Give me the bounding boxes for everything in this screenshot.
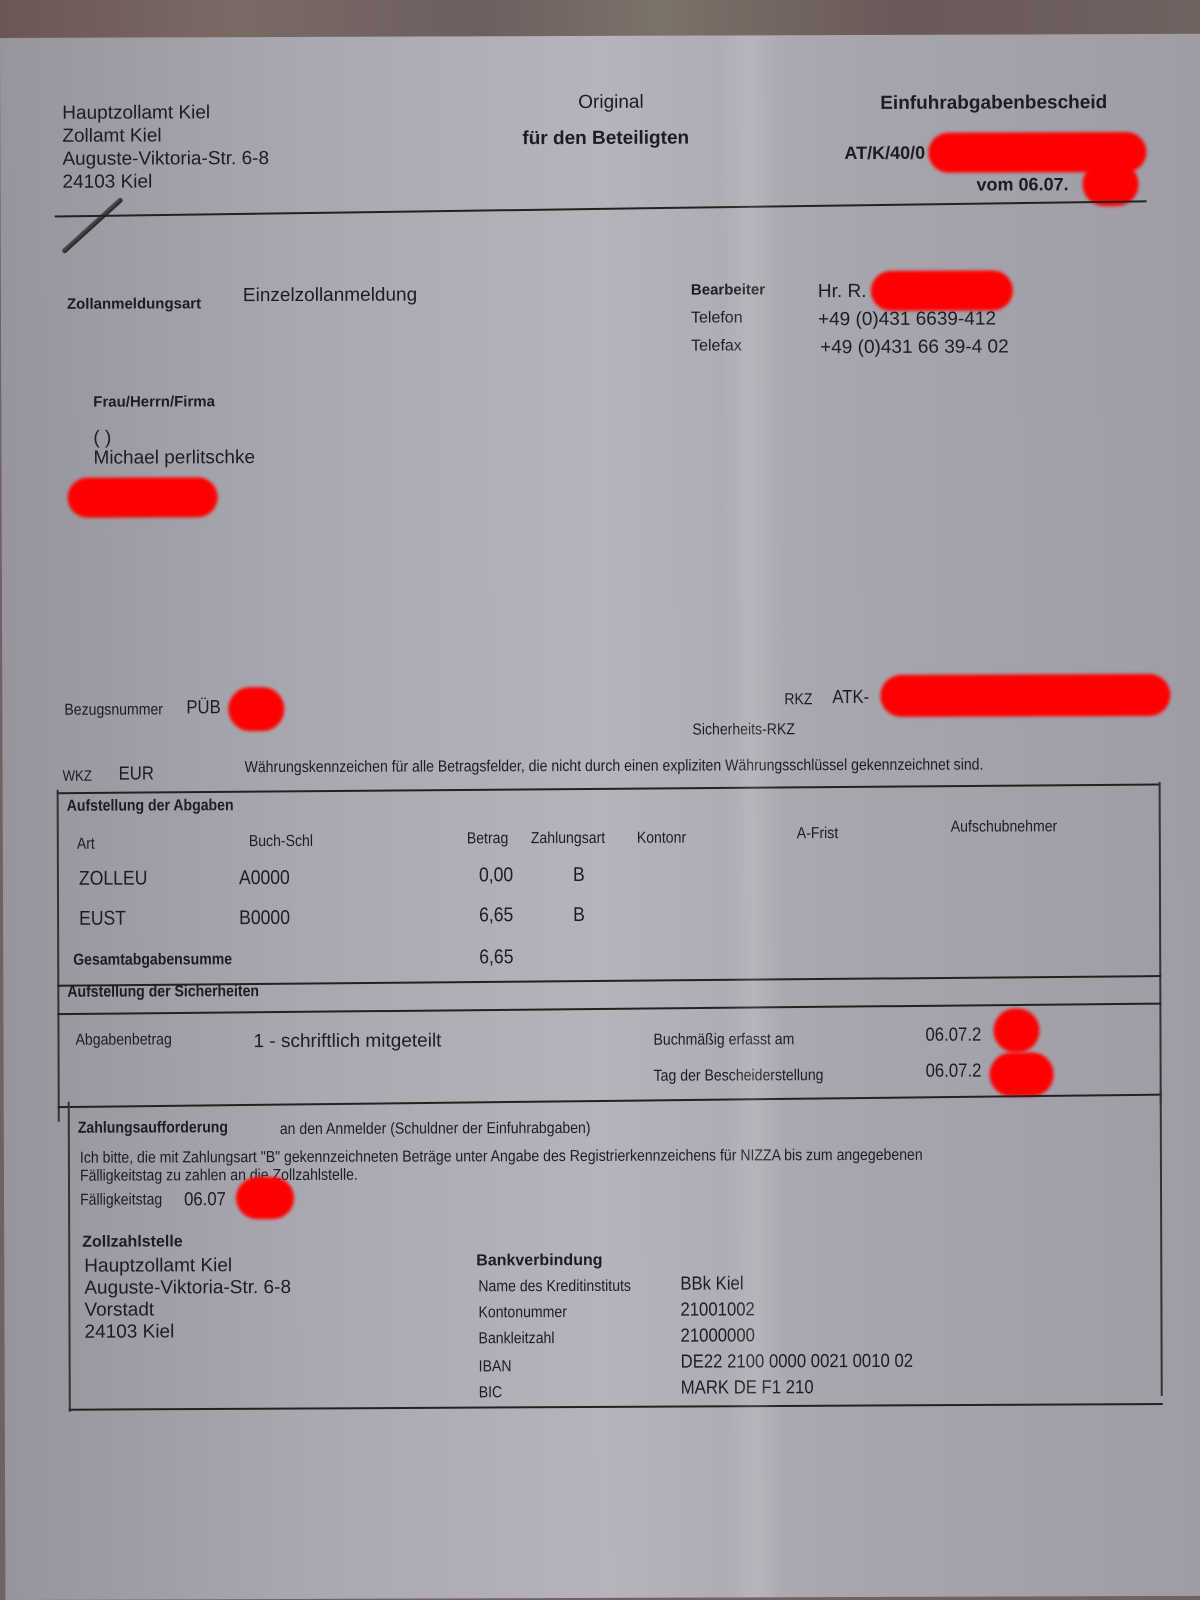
copy-recipient: für den Beteiligten [522, 128, 689, 151]
fax-label: Telefax [691, 337, 742, 355]
frame-right [1159, 782, 1162, 1104]
phone-value: +49 (0)431 6639-412 [818, 309, 996, 332]
payment-title: Zahlungsaufforderung [78, 1119, 228, 1138]
duty-zahlungsart: B [573, 864, 585, 887]
security-amount-value: 1 - schriftlich mitgeteilt [253, 1030, 441, 1053]
due-date-value: 06.07 [184, 1189, 226, 1211]
document-page: Hauptzollamt Kiel Zollamt Kiel Auguste-V… [0, 34, 1200, 1600]
sender-line: 24103 Kiel [62, 170, 269, 194]
redaction [993, 1008, 1039, 1052]
header-divider [55, 200, 1147, 217]
address-line: Hauptzollamt Kiel [84, 1255, 291, 1278]
redaction [68, 477, 218, 518]
payment-text-line1: Ich bitte, die mit Zahlungsart "B" geken… [80, 1147, 923, 1168]
bank-label: BIC [479, 1384, 503, 1402]
declaration-type-label: Zollanmeldungsart [67, 295, 201, 312]
sender-line: Zollamt Kiel [62, 124, 269, 148]
column-header-kontonr: Kontonr [637, 830, 686, 848]
column-header-buch-schl: Buch-Schl [249, 833, 313, 851]
currency-note: Währungskennzeichen für alle Betragsfeld… [245, 757, 984, 778]
booked-value: 06.07.2 [925, 1025, 981, 1047]
payment-text-line2: Fälligkeitstag zu zahlen an die Zollzahl… [80, 1167, 358, 1186]
notice-date-value: 06.07.2 [926, 1061, 982, 1083]
column-header-zahlungsart: Zahlungsart [531, 830, 605, 848]
booked-label: Buchmäßig erfasst am [653, 1031, 794, 1049]
duty-zahlungsart: B [573, 904, 585, 927]
bank-label: Kontonummer [478, 1304, 567, 1322]
sender-line: Auguste-Viktoria-Str. 6-8 [62, 147, 269, 171]
due-date-label: Fälligkeitstag [80, 1191, 162, 1209]
rkz-label: RKZ [784, 691, 812, 709]
currency-value: EUR [119, 763, 154, 785]
copy-label: Original [578, 92, 644, 114]
bank-title: Bankverbindung [476, 1252, 602, 1270]
reference-number-label: Bezugsnummer [64, 701, 163, 719]
rkz-value: ATK- [832, 687, 869, 709]
duty-betrag: 0,00 [479, 864, 513, 887]
duty-art: EUST [79, 908, 126, 931]
frame-left [68, 1102, 71, 1412]
duties-title: Aufstellung der Abgaben [67, 797, 234, 816]
sender-line: Hauptzollamt Kiel [62, 101, 269, 125]
address-line: Vorstadt [84, 1299, 291, 1322]
bank-value: 21001002 [680, 1299, 754, 1321]
redaction [880, 674, 1170, 717]
bank-value: MARK DE F1 210 [681, 1377, 814, 1399]
column-header-art: Art [77, 836, 95, 854]
duty-art: ZOLLEU [79, 867, 148, 890]
handler-value: Hr. R. [818, 281, 867, 303]
frame-left [57, 790, 60, 1122]
declaration-type-value: Einzelzollanmeldung [243, 285, 417, 308]
duty-buch-schl: A0000 [239, 867, 290, 890]
frame-right [1160, 1090, 1163, 1396]
frame-bottom [69, 1403, 1163, 1410]
total-value: 6,65 [479, 946, 513, 969]
duty-buch-schl: B0000 [239, 907, 290, 930]
pay-office-title: Zollzahlstelle [82, 1233, 183, 1251]
section-divider [58, 1094, 1162, 1108]
bank-label: IBAN [479, 1358, 512, 1376]
redaction [228, 687, 284, 731]
document-date: vom 06.07. [976, 174, 1068, 195]
section-divider [57, 1003, 1161, 1015]
bank-value: DE22 2100 0000 0021 0010 02 [681, 1351, 914, 1374]
frame-top [57, 784, 1161, 794]
bank-label: Name des Kreditinstituts [478, 1278, 631, 1297]
security-rkz-label: Sicherheits-RKZ [692, 721, 795, 739]
total-label: Gesamtabgabensumme [73, 951, 232, 970]
recipient-salutation: ( ) [93, 428, 111, 450]
recipient-name: Michael perlitschke [93, 447, 255, 470]
duty-betrag: 6,65 [479, 904, 513, 927]
redaction [871, 270, 1013, 310]
payment-addressee: an den Anmelder (Schuldner der Einfuhrab… [280, 1120, 591, 1139]
redaction [990, 1052, 1054, 1096]
column-header-a-frist: A-Frist [797, 825, 839, 843]
bank-label: Bankleitzahl [479, 1330, 555, 1348]
pen-icon [61, 197, 124, 254]
phone-label: Telefon [691, 309, 743, 327]
address-line: 24103 Kiel [84, 1321, 291, 1344]
handler-label: Bearbeiter [691, 281, 765, 298]
reference-number-value: PÜB [186, 697, 220, 719]
pay-office-address: Hauptzollamt Kiel Auguste-Viktoria-Str. … [84, 1255, 291, 1344]
notice-date-label: Tag der Bescheiderstellung [654, 1067, 824, 1086]
bank-value: BBk Kiel [680, 1273, 743, 1295]
sender-address: Hauptzollamt Kiel Zollamt Kiel Auguste-V… [62, 101, 269, 194]
bank-value: 21000000 [680, 1325, 754, 1347]
securities-title: Aufstellung der Sicherheiten [67, 983, 259, 1002]
fax-value: +49 (0)431 66 39-4 02 [820, 336, 1009, 359]
redaction [236, 1177, 294, 1219]
currency-label: WKZ [63, 768, 92, 785]
document-number: AT/K/40/0 [844, 143, 925, 164]
column-header-betrag: Betrag [467, 830, 509, 848]
column-header-aufschubnehmer: Aufschubnehmer [951, 818, 1058, 836]
security-amount-label: Abgabenbetrag [75, 1031, 171, 1049]
recipient-label: Frau/Herrn/Firma [93, 393, 215, 410]
address-line: Auguste-Viktoria-Str. 6-8 [84, 1277, 291, 1300]
document-title: Einfuhrabgabenbescheid [880, 92, 1107, 115]
